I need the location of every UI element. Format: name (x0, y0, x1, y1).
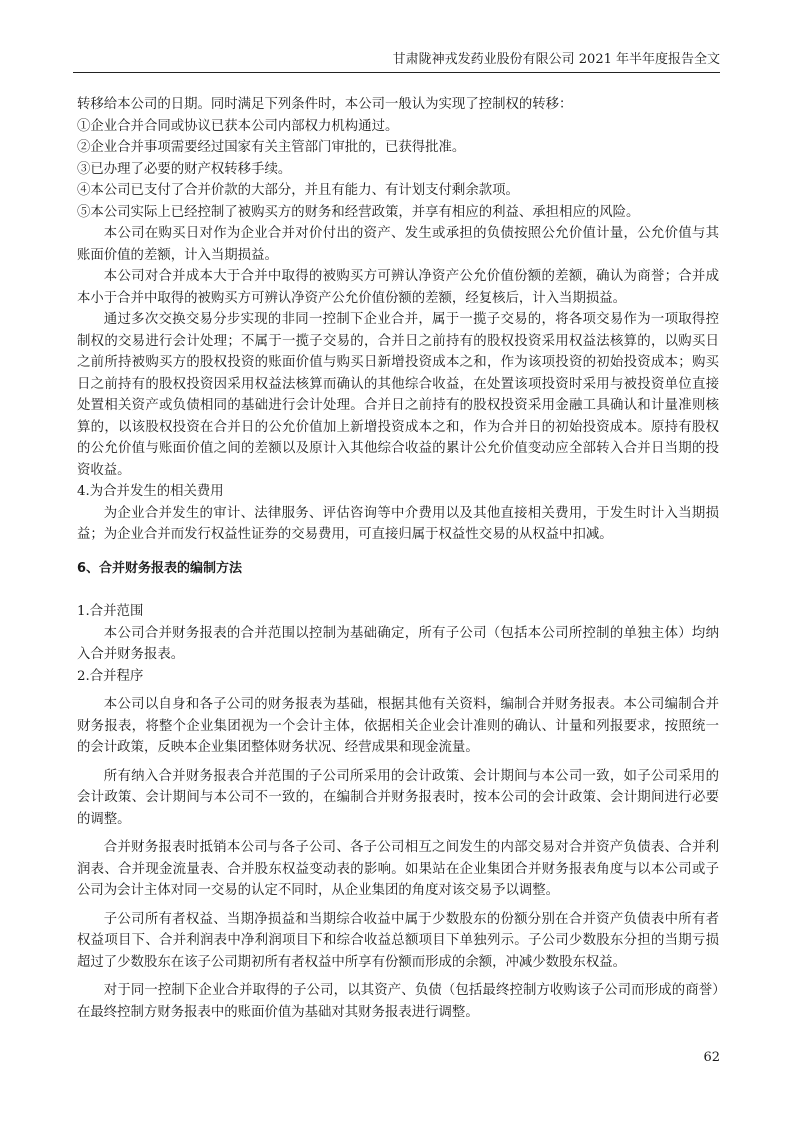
document-body: 转移给本公司的日期。同时满足下列条件时，本公司一般认为实现了控制权的转移： ①企… (77, 94, 719, 1023)
subheading-scope: 1.合并范围 (77, 601, 719, 623)
paragraph-procedure: 所有纳入合并财务报表合并范围的子公司所采用的会计政策、会计期间与本公司一致，如子… (77, 766, 719, 831)
condition-item: ⑤本公司实际上已经控制了被购买方的财务和经营政策，并享有相应的利益、承担相应的风… (77, 202, 719, 224)
condition-item: ④本公司已支付了合并价款的大部分，并且有能力、有计划支付剩余款项。 (77, 180, 719, 202)
condition-item: ②企业合并事项需要经过国家有关主管部门审批的，已获得批准。 (77, 137, 719, 159)
condition-item: ①企业合并合同或协议已获本公司内部权力机构通过。 (77, 116, 719, 138)
intro-line: 转移给本公司的日期。同时满足下列条件时，本公司一般认为实现了控制权的转移： (77, 94, 719, 116)
paragraph-procedure: 子公司所有者权益、当期净损益和当期综合收益中属于少数股东的份额分别在合并资产负债… (77, 909, 719, 974)
subheading-procedure: 2.合并程序 (77, 666, 719, 688)
paragraph-step-acquisition: 通过多次交换交易分步实现的非同一控制下企业合并，属于一揽子交易的，将各项交易作为… (77, 309, 719, 481)
page-number: 62 (703, 1050, 720, 1065)
page-header: 甘肃陇神戎发药业股份有限公司 2021 年半年度报告全文 (73, 50, 720, 73)
paragraph-procedure: 本公司以自身和各子公司的财务报表为基础，根据其他有关资料，编制合并财务报表。本公… (77, 694, 719, 759)
subheading-related-costs: 4.为合并发生的相关费用 (77, 481, 719, 503)
paragraph-goodwill: 本公司对合并成本大于合并中取得的被购买方可辨认净资产公允价值份额的差额，确认为商… (77, 266, 719, 309)
paragraph-fair-value: 本公司在购买日对作为企业合并对价付出的资产、发生或承担的负债按照公允价值计量，公… (77, 223, 719, 266)
paragraph-procedure: 合并财务报表时抵销本公司与各子公司、各子公司相互之间发生的内部交易对合并资产负债… (77, 837, 719, 902)
paragraph-related-costs: 为企业合并发生的审计、法律服务、评估咨询等中介费用以及其他直接相关费用，于发生时… (77, 503, 719, 546)
paragraph-procedure: 对于同一控制下企业合并取得的子公司，以其资产、负债（包括最终控制方收购该子公司而… (77, 980, 719, 1023)
condition-item: ③已办理了必要的财产权转移手续。 (77, 159, 719, 181)
section-heading: 6、合并财务报表的编制方法 (77, 558, 719, 580)
report-title: 甘肃陇神戎发药业股份有限公司 2021 年半年度报告全文 (393, 52, 720, 67)
paragraph-scope: 本公司合并财务报表的合并范围以控制为基础确定，所有子公司（包括本公司所控制的单独… (77, 623, 719, 666)
